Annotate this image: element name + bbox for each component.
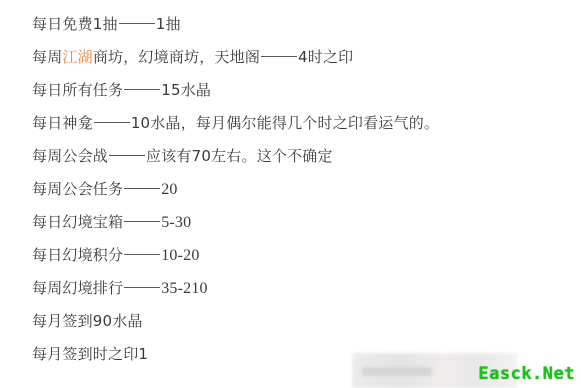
highlighted-term: 江湖	[62, 48, 92, 66]
watermark-logo: Easck.Net	[478, 364, 575, 384]
item-label: 每周幻境排行	[32, 279, 123, 297]
em-dash-divider	[124, 188, 160, 189]
item-value: 5-30	[161, 214, 191, 231]
em-dash-divider	[119, 23, 155, 24]
list-item: 每日神龛10水晶，每月偶尔能得几个时之印看运气的。	[32, 107, 572, 140]
list-item: 每月签到90水晶	[32, 305, 572, 338]
list-item: 每日所有任务15水晶	[32, 74, 572, 107]
list-item: 每周公会战应该有70左右。这个不确定	[32, 140, 572, 173]
item-label-prefix: 每周	[32, 48, 62, 66]
item-text: 每月签到90水晶	[32, 312, 143, 330]
list-item: 每日免费1抽1抽	[32, 8, 572, 41]
em-dash-divider	[124, 221, 160, 222]
item-value: 20	[161, 181, 177, 198]
em-dash-divider	[124, 254, 160, 255]
item-value: 1抽	[156, 15, 181, 33]
item-label: 每周公会任务	[32, 180, 123, 198]
item-value: 35-210	[161, 280, 208, 297]
item-label: 每日免费1抽	[32, 15, 118, 33]
item-value: 10水晶，每月偶尔能得几个时之印看运气的。	[131, 114, 439, 132]
item-text: 每月签到时之印1	[32, 345, 148, 363]
item-value: 4时之印	[298, 48, 353, 66]
em-dash-divider	[109, 155, 145, 156]
item-value: 10-20	[161, 247, 199, 264]
item-value: 应该有70左右。这个不确定	[146, 147, 333, 165]
item-label: 每日幻境积分	[32, 246, 123, 264]
list-item: 每周江湖商坊，幻境商坊，天地阁4时之印	[32, 41, 572, 74]
em-dash-divider	[124, 287, 160, 288]
item-label-rest: 商坊，幻境商坊，天地阁	[93, 48, 260, 66]
item-label: 每日幻境宝箱	[32, 213, 123, 231]
document-body: 每日免费1抽1抽 每周江湖商坊，幻境商坊，天地阁4时之印 每日所有任务15水晶 …	[32, 8, 572, 371]
em-dash-divider	[261, 56, 297, 57]
item-label: 每日神龛	[32, 114, 93, 132]
em-dash-divider	[94, 122, 130, 123]
list-item: 每日幻境宝箱5-30	[32, 206, 572, 239]
list-item: 每周公会任务20	[32, 173, 572, 206]
item-label: 每日所有任务	[32, 81, 123, 99]
em-dash-divider	[124, 89, 160, 90]
list-item: 每日幻境积分10-20	[32, 239, 572, 272]
list-item: 每周幻境排行35-210	[32, 272, 572, 305]
item-label: 每周公会战	[32, 147, 108, 165]
item-value: 15水晶	[161, 81, 211, 99]
